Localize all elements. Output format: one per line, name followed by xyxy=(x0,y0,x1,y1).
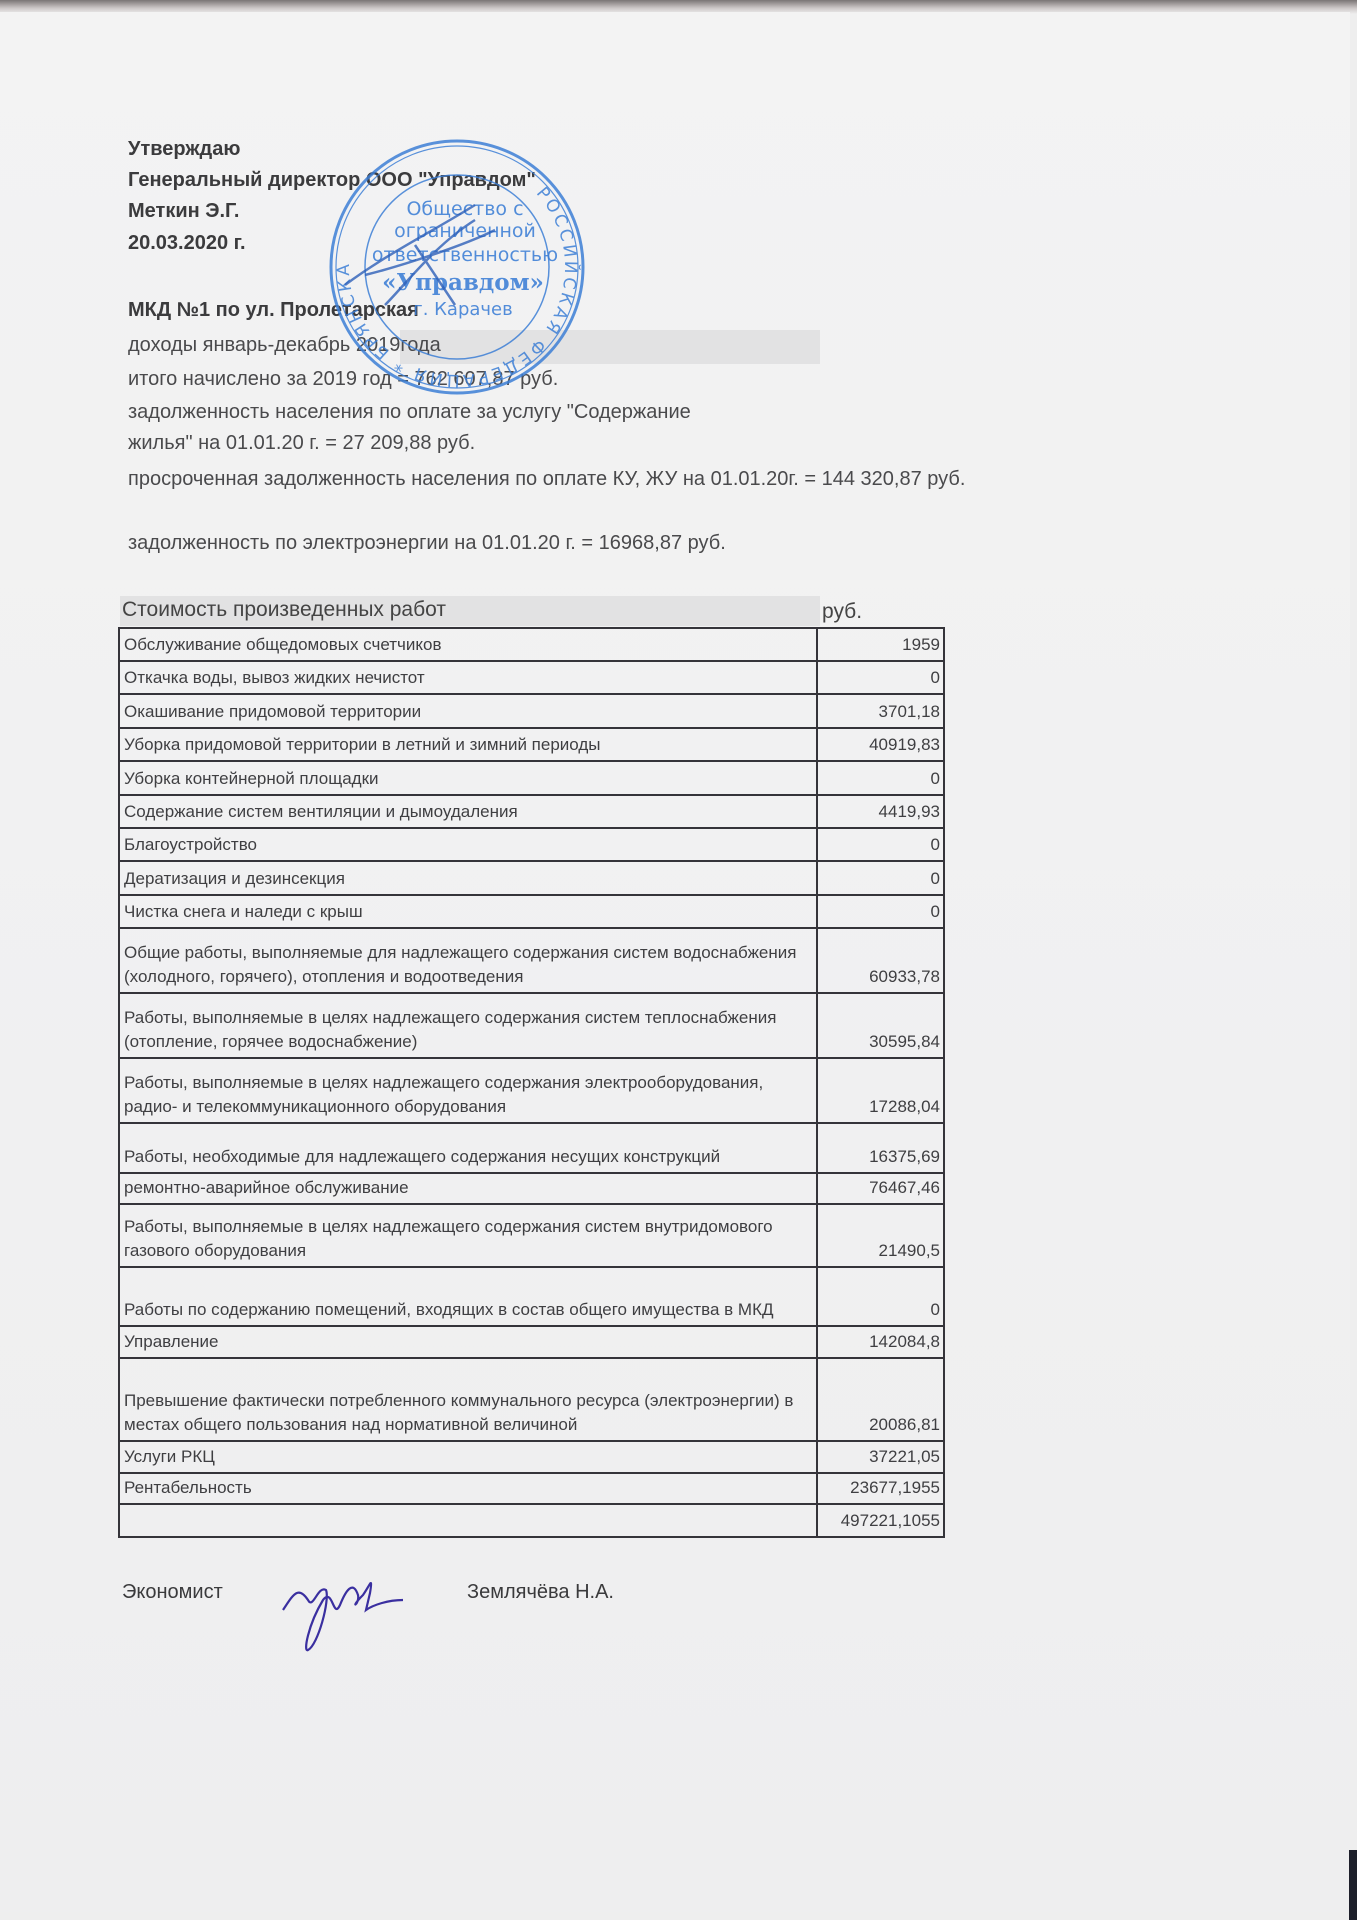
work-cost-cell: 142084,8 xyxy=(817,1326,944,1358)
work-cost-cell: 0 xyxy=(817,895,944,928)
economist-name: Землячёва Н.А. xyxy=(467,1580,614,1604)
table-row: 497221,1055 xyxy=(119,1504,944,1537)
table-row: Благоустройство0 xyxy=(119,828,944,861)
work-name-cell: Благоустройство xyxy=(119,828,817,861)
work-cost-cell: 0 xyxy=(817,761,944,795)
director-name: Меткин Э.Г. xyxy=(128,199,239,223)
table-unit: руб. xyxy=(822,600,862,624)
table-row: Рентабельность23677,1955 xyxy=(119,1473,944,1504)
svg-text:Общество с: Общество с xyxy=(406,198,523,220)
table-row: Работы, выполняемые в целях надлежащего … xyxy=(119,993,944,1058)
work-name-cell: Работы по содержанию помещений, входящих… xyxy=(119,1267,817,1326)
work-name-cell: Обслуживание общедомовых счетчиков xyxy=(119,628,817,661)
table-row: Управление142084,8 xyxy=(119,1326,944,1358)
work-name-cell: Работы, выполняемые в целях надлежащего … xyxy=(119,1204,817,1267)
table-row: Работы, выполняемые в целях надлежащего … xyxy=(119,1204,944,1267)
work-name-cell: Откачка воды, вывоз жидких нечистот xyxy=(119,661,817,694)
work-cost-cell: 20086,81 xyxy=(817,1358,944,1441)
table-row: Чистка снега и наледи с крыш0 xyxy=(119,895,944,928)
table-row: Окашивание придомовой территории3701,18 xyxy=(119,694,944,728)
scan-right-edge xyxy=(1349,1850,1357,1920)
table-row: ремонтно-аварийное обслуживание76467,46 xyxy=(119,1173,944,1204)
total-value-cell: 497221,1055 xyxy=(817,1504,944,1537)
work-name-cell: ремонтно-аварийное обслуживание xyxy=(119,1173,817,1204)
approval-label: Утверждаю xyxy=(128,137,240,161)
work-cost-cell: 0 xyxy=(817,661,944,694)
work-cost-cell: 23677,1955 xyxy=(817,1473,944,1504)
work-cost-cell: 16375,69 xyxy=(817,1123,944,1173)
maintenance-debt-line2: жилья" на 01.01.20 г. = 27 209,88 руб. xyxy=(128,431,475,455)
work-cost-cell: 4419,93 xyxy=(817,795,944,828)
work-cost-cell: 17288,04 xyxy=(817,1058,944,1123)
table-row: Работы, необходимые для надлежащего соде… xyxy=(119,1123,944,1173)
work-name-cell: Управление xyxy=(119,1326,817,1358)
work-cost-cell: 37221,05 xyxy=(817,1441,944,1473)
work-name-cell: Окашивание придомовой территории xyxy=(119,694,817,728)
table-row: Дератизация и дезинсекция0 xyxy=(119,861,944,895)
table-row: Содержание систем вентиляции и дымоудале… xyxy=(119,795,944,828)
work-name-cell: Дератизация и дезинсекция xyxy=(119,861,817,895)
table-title: Стоимость произведенных работ xyxy=(122,598,446,622)
company-stamp-icon: РОССИЙСКАЯ ФЕДЕРАЦИЯ * БРЯНСКАЯ ОБЛАСТЬ … xyxy=(325,135,590,400)
work-cost-cell: 0 xyxy=(817,828,944,861)
total-label-cell xyxy=(119,1504,817,1537)
work-cost-cell: 1959 xyxy=(817,628,944,661)
work-name-cell: Уборка контейнерной площадки xyxy=(119,761,817,795)
work-cost-cell: 0 xyxy=(817,861,944,895)
svg-text:г. Карачев: г. Карачев xyxy=(413,299,512,320)
economist-label: Экономист xyxy=(122,1580,223,1604)
work-name-cell: Содержание систем вентиляции и дымоудале… xyxy=(119,795,817,828)
work-cost-cell: 76467,46 xyxy=(817,1173,944,1204)
work-name-cell: Работы, выполняемые в целях надлежащего … xyxy=(119,993,817,1058)
svg-text:ответственностью: ответственностью xyxy=(372,244,558,266)
electricity-debt: задолженность по электроэнергии на 01.01… xyxy=(128,531,726,555)
work-name-cell: Услуги РКЦ xyxy=(119,1441,817,1473)
work-name-cell: Чистка снега и наледи с крыш xyxy=(119,895,817,928)
table-row: Уборка придомовой территории в летний и … xyxy=(119,728,944,761)
work-cost-cell: 60933,78 xyxy=(817,928,944,993)
overdue-debt: просроченная задолженность населения по … xyxy=(128,467,965,491)
work-cost-cell: 3701,18 xyxy=(817,694,944,728)
works-cost-table: Обслуживание общедомовых счетчиков1959От… xyxy=(118,627,945,1538)
table-row: Услуги РКЦ37221,05 xyxy=(119,1441,944,1473)
approval-date: 20.03.2020 г. xyxy=(128,231,246,255)
table-row: Работы по содержанию помещений, входящих… xyxy=(119,1267,944,1326)
economist-signature-icon xyxy=(278,1565,408,1655)
work-name-cell: Превышение фактически потребленного комм… xyxy=(119,1358,817,1441)
work-cost-cell: 40919,83 xyxy=(817,728,944,761)
table-row: Общие работы, выполняемые для надлежащег… xyxy=(119,928,944,993)
maintenance-debt-line1: задолженность населения по оплате за усл… xyxy=(128,400,691,424)
work-name-cell: Работы, выполняемые в целях надлежащего … xyxy=(119,1058,817,1123)
work-cost-cell: 30595,84 xyxy=(817,993,944,1058)
table-row: Уборка контейнерной площадки0 xyxy=(119,761,944,795)
work-name-cell: Общие работы, выполняемые для надлежащег… xyxy=(119,928,817,993)
table-row: Работы, выполняемые в целях надлежащего … xyxy=(119,1058,944,1123)
work-cost-cell: 21490,5 xyxy=(817,1204,944,1267)
table-row: Превышение фактически потребленного комм… xyxy=(119,1358,944,1441)
work-cost-cell: 0 xyxy=(817,1267,944,1326)
work-name-cell: Рентабельность xyxy=(119,1473,817,1504)
table-row: Обслуживание общедомовых счетчиков1959 xyxy=(119,628,944,661)
work-name-cell: Уборка придомовой территории в летний и … xyxy=(119,728,817,761)
table-row: Откачка воды, вывоз жидких нечистот0 xyxy=(119,661,944,694)
work-name-cell: Работы, необходимые для надлежащего соде… xyxy=(119,1123,817,1173)
